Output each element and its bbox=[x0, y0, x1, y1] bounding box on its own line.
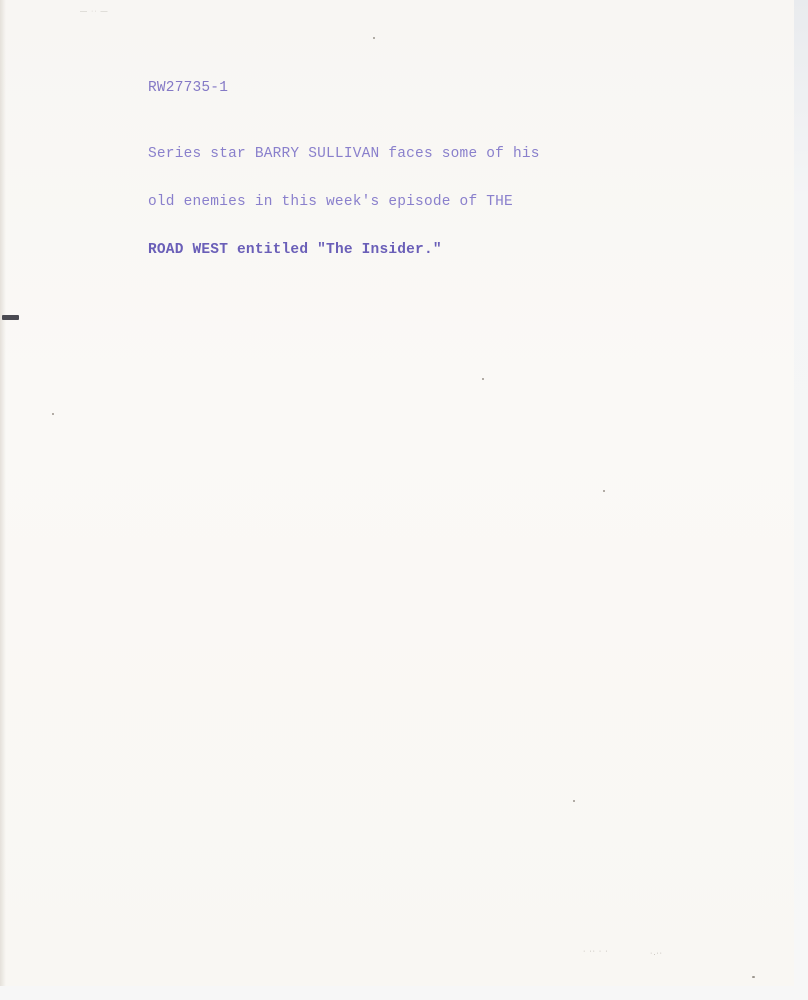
episode-title: entitled "The Insider." bbox=[228, 242, 442, 258]
show-title: ROAD WEST bbox=[148, 242, 228, 258]
photo-back-paper: RW27735-1 Series star BARRY SULLIVAN fac… bbox=[0, 0, 794, 986]
scanner-background-bottom bbox=[0, 986, 808, 1000]
paper-speck bbox=[573, 800, 575, 802]
scanner-background-right bbox=[794, 0, 808, 1000]
paper-speck bbox=[373, 37, 375, 39]
caption-line-1: Series star BARRY SULLIVAN faces some of… bbox=[148, 146, 540, 162]
reference-number: RW27735-1 bbox=[148, 80, 228, 96]
paper-speck bbox=[752, 976, 755, 978]
caption-line-3: ROAD WEST entitled "The Insider." bbox=[148, 242, 540, 258]
edge-mark bbox=[2, 315, 19, 320]
paper-speck bbox=[603, 490, 605, 492]
faint-marking: — ·· — bbox=[80, 8, 109, 15]
paper-speck bbox=[482, 378, 484, 380]
paper-speck bbox=[52, 413, 54, 415]
caption-text: Series star BARRY SULLIVAN faces some of… bbox=[148, 114, 540, 290]
faint-marking: · ·· · · bbox=[583, 948, 609, 955]
caption-line-2: old enemies in this week's episode of TH… bbox=[148, 194, 540, 210]
faint-marking: ·.·· bbox=[650, 950, 663, 957]
